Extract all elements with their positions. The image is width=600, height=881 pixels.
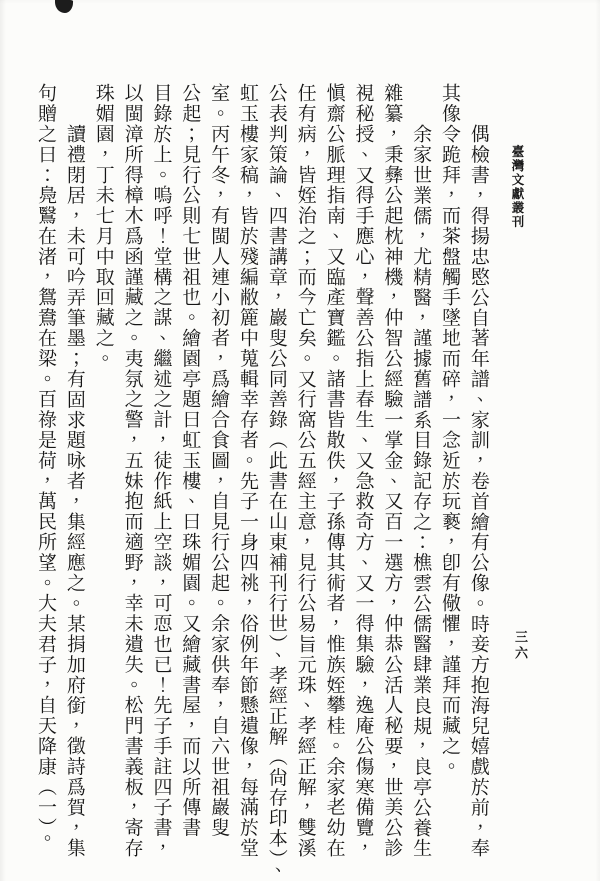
text-column: 室。丙午冬，有閩人連小初者，爲繪合食圖，自見行公起。余家供奉，自六世祖巖叟	[209, 83, 228, 873]
page-number: 三六	[511, 630, 530, 662]
text-column: 任有病，皆姪治之；而今亡矣。又行窩公五經主意，見行公易旨元珠、孝經正解，雙溪	[296, 83, 315, 873]
text-column: 句贈之曰：鳧鷖在渚，鴛鴦在梁。百祿是荷，萬民所望。大夫君子，自天降康（一）。	[36, 83, 55, 873]
running-title: 臺灣文獻叢刊	[508, 145, 526, 229]
text-column: 讀禮閉居，未可吟弄筆墨；有固求題咏者，集經應之。某捐加府銜，徵詩爲賀，集	[65, 83, 84, 873]
text-column: 其像令跪拜，而茶盤觸手墜地而碎，一念近於玩褻，卽有儆懼，謹拜而藏之。	[440, 83, 459, 873]
book-page: { "page": { "running_title": "臺灣文獻叢刊", "…	[0, 0, 600, 881]
text-column: 以閩漳所得樟木爲函謹藏之。夷氛之警，五妹抱而適野，幸未遺失。松門書義板，寄存	[123, 83, 142, 873]
text-column: 視秘授、又得手應心，聲善公指上春生、又急救奇方、又一得集驗，逸庵公傷寒備覽，	[353, 83, 372, 873]
text-column: 余家世業儒，尤精醫，謹據舊譜系目錄記存之：樵雲公儒醫肆業良規，良亭公養生	[411, 83, 430, 873]
text-column: 愼齋公脈理指南、又臨產寶鑑。諸書皆散佚，子孫傳其術者，惟族姪攀桂。余家老幼在	[325, 83, 344, 873]
text-column: 虹玉樓家稿，皆於殘編敝簏中蒐輯幸存者。先子一身四祧，俗例年節懸遺像，每滿於堂	[238, 83, 257, 873]
text-column: 公起；見行公則七世祖也。繪園亭題曰虹玉樓、曰珠媚園。又繪藏書屋，而以所傳書	[180, 83, 199, 873]
text-column: 偶檢書，得揚忠愍公自著年譜、家訓，卷首繪有公像。時妾方抱海兒嬉戲於前，奉	[469, 83, 488, 873]
text-column: 目錄於上。嗚呼！堂構之謀、繼述之計，徒作紙上空談，可恧也已！先子手註四子書，	[151, 83, 170, 873]
body-text: 偶檢書，得揚忠愍公自著年譜、家訓，卷首繪有公像。時妾方抱海兒嬉戲於前，奉 其像令…	[36, 83, 488, 873]
text-column: 公表判策論、四書講章，巖叟公同善錄（此書在山東補刊行世）、孝經正解（尙存印本）、	[267, 83, 286, 873]
text-column: 珠媚園，丁未七月中取回藏之。	[94, 83, 113, 873]
text-column: 雜纂，秉彝公起枕神機，仲智公經驗一掌金、又百一選方，仲恭公活人秘要，世美公診	[382, 83, 401, 873]
